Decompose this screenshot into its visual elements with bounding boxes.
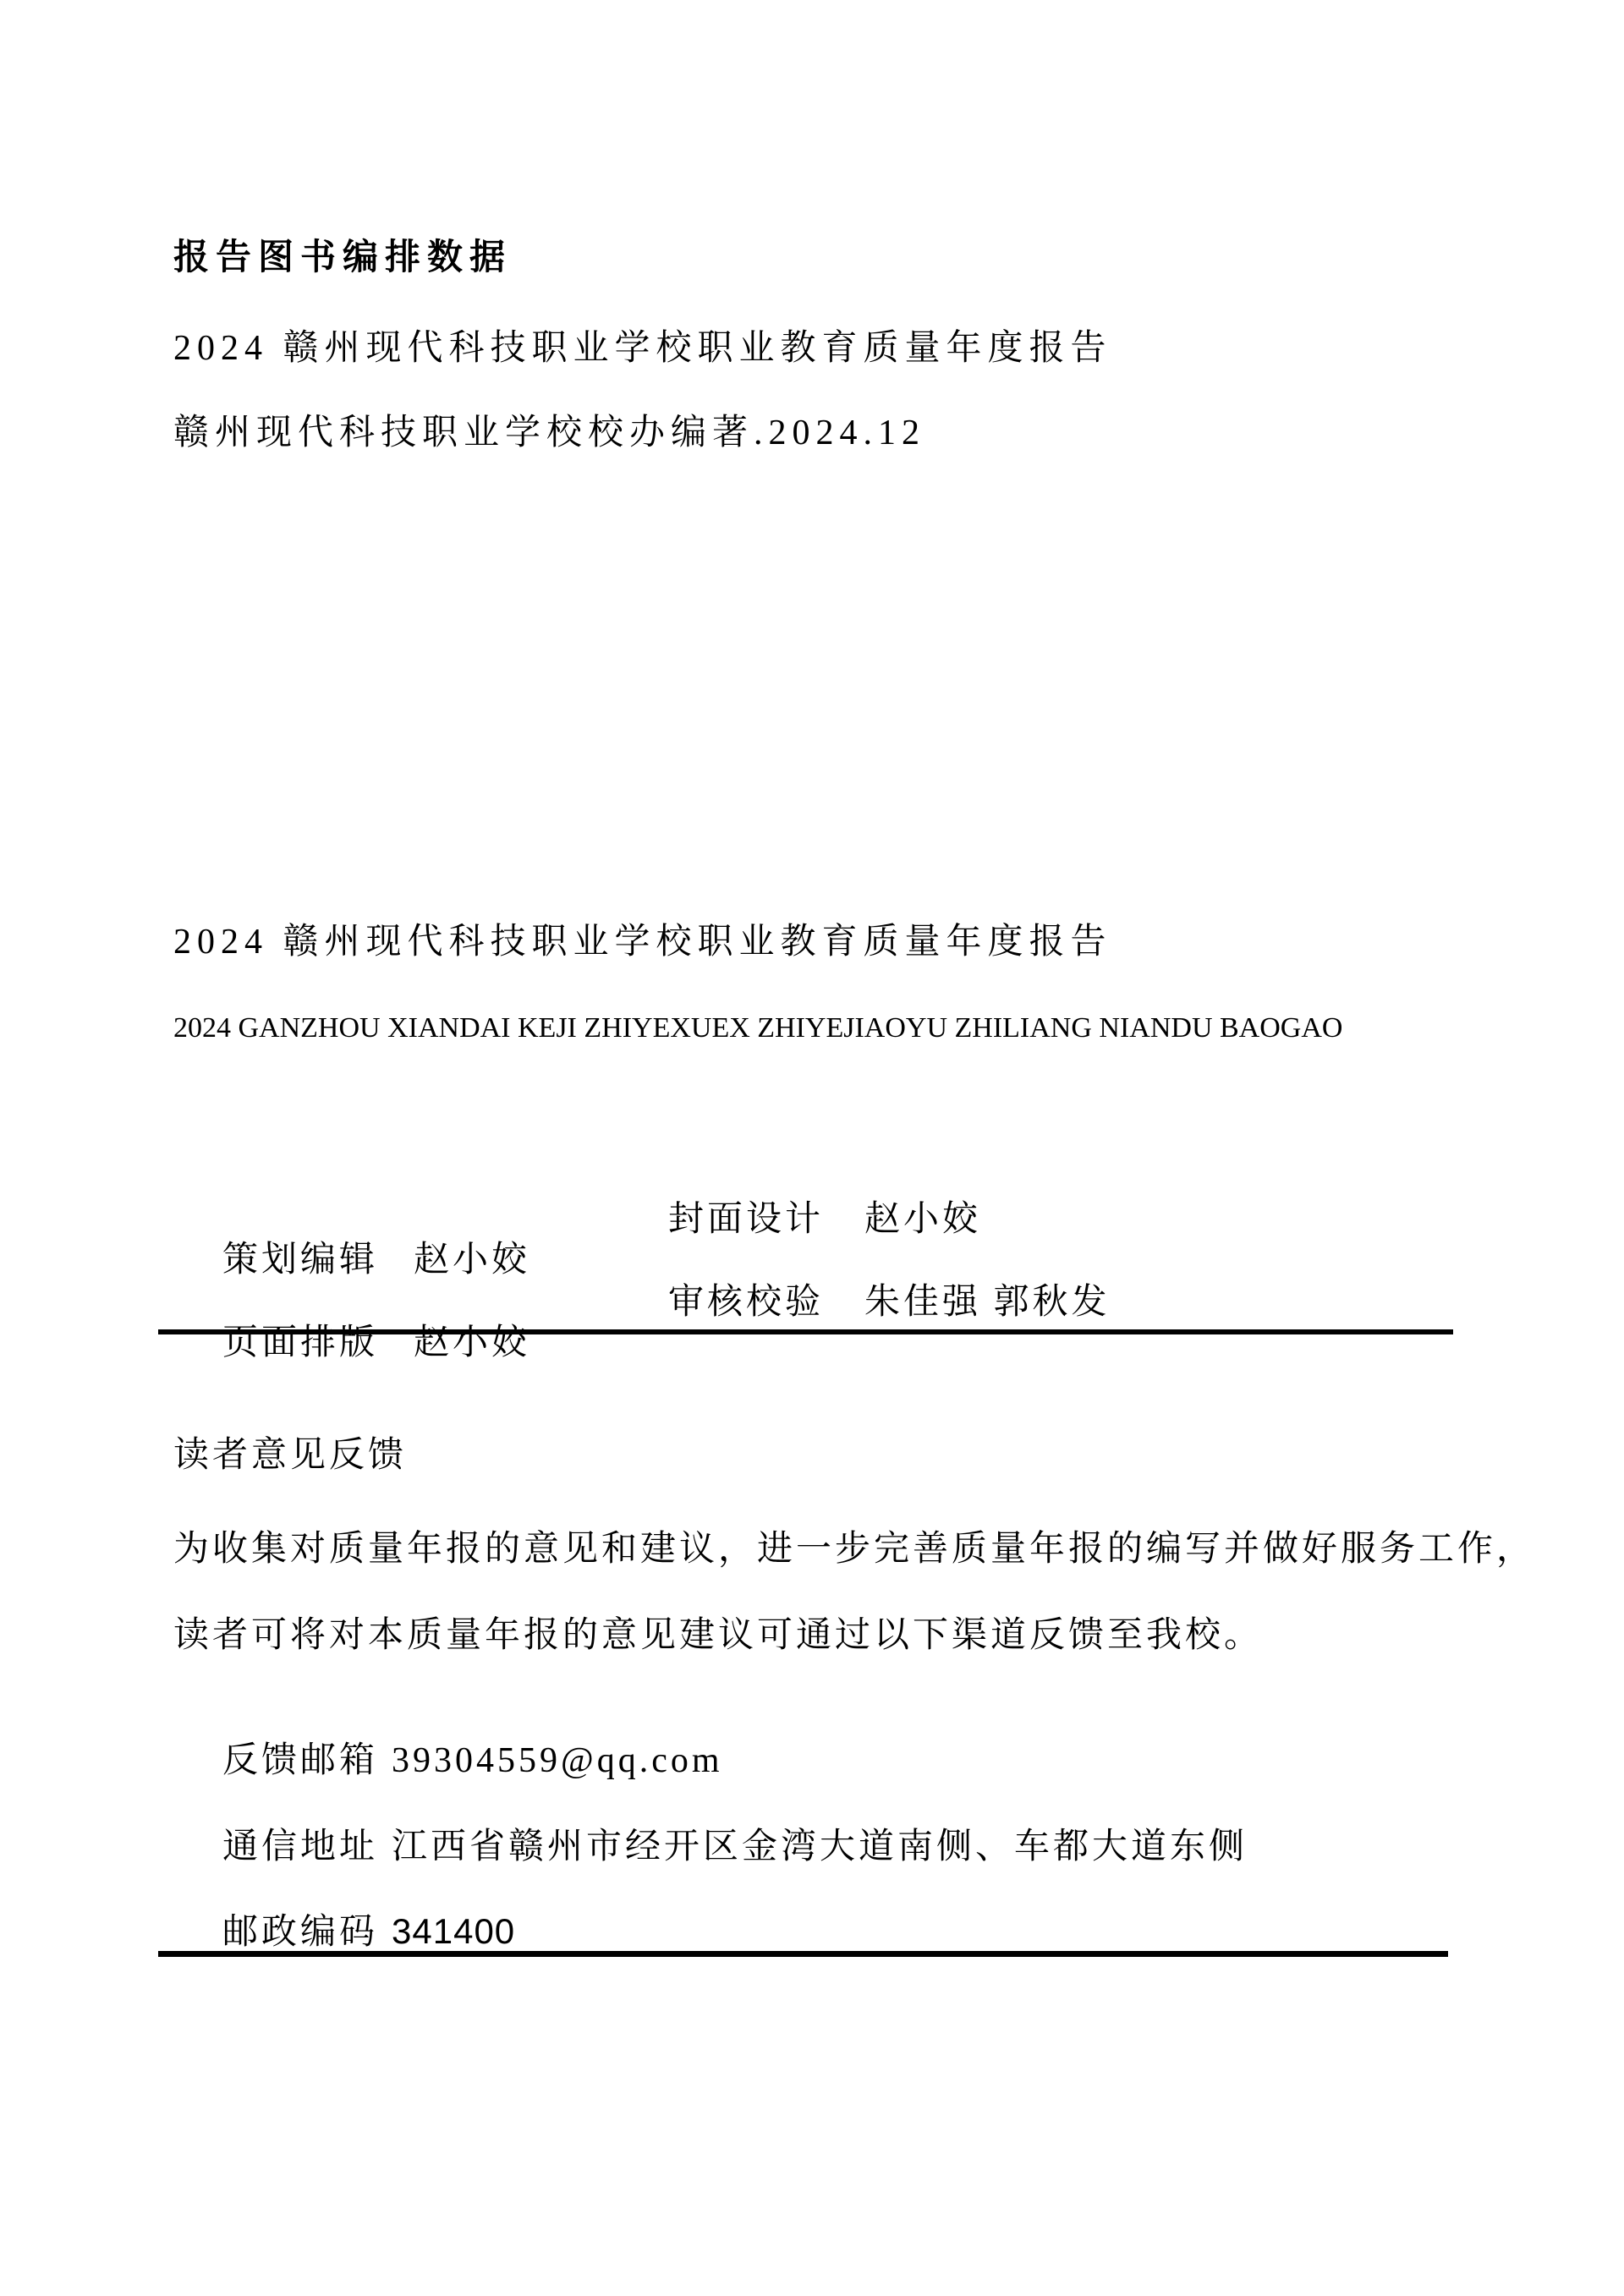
colophon-author-line: 赣州现代科技职业学校校办编著.2024.12 (173, 413, 925, 453)
credits-value-cover-design: 赵小姣 (864, 1200, 981, 1239)
credits-right-group: 封面设计赵小姣 (668, 1191, 981, 1241)
email-value: 39304559@qq.com (392, 1741, 723, 1780)
address-label: 通信地址 (222, 1827, 378, 1867)
postcode-value: 341400 (392, 1911, 515, 1951)
credits-row: 页面排版赵小姣 审核校验朱佳强 郭秋发 (173, 1274, 1472, 1446)
colophon-section-title: 报告图书编排数据 (173, 237, 512, 277)
credits-right-group: 审核校验朱佳强 郭秋发 (668, 1274, 1111, 1324)
feedback-postcode-row: 邮政编码341400 (173, 1871, 515, 1994)
email-label: 反馈邮箱 (222, 1740, 378, 1781)
report-title-chinese: 2024 赣州现代科技职业学校职业教育质量年度报告 (173, 922, 1112, 962)
credits-value-review-proof: 朱佳强 郭秋发 (864, 1283, 1111, 1322)
divider-rule-top (158, 1329, 1453, 1334)
feedback-paragraph-line1: 为收集对质量年报的意见和建议，进一步完善质量年报的编写并做好服务工作， (173, 1529, 1535, 1570)
feedback-paragraph-line2: 读者可将对本质量年报的意见建议可通过以下渠道反馈至我校。 (173, 1615, 1263, 1656)
report-title-pinyin: 2024 GANZHOU XIANDAI KEJI ZHIYEXUEX ZHIY… (173, 1011, 1342, 1044)
credits-label-page-layout: 页面排版 (222, 1314, 388, 1365)
document-page: 报告图书编排数据 2024 赣州现代科技职业学校职业教育质量年度报告 赣州现代科… (0, 0, 1624, 2296)
divider-rule-bottom (158, 1951, 1448, 1957)
credits-label-review-proof: 审核校验 (668, 1274, 834, 1324)
address-value: 江西省赣州市经开区金湾大道南侧、车都大道东侧 (392, 1827, 1248, 1866)
credits-label-cover-design: 封面设计 (668, 1191, 834, 1241)
feedback-heading: 读者意见反馈 (173, 1435, 407, 1476)
postcode-label: 邮政编码 (222, 1912, 378, 1953)
colophon-book-title: 2024 赣州现代科技职业学校职业教育质量年度报告 (173, 328, 1112, 369)
